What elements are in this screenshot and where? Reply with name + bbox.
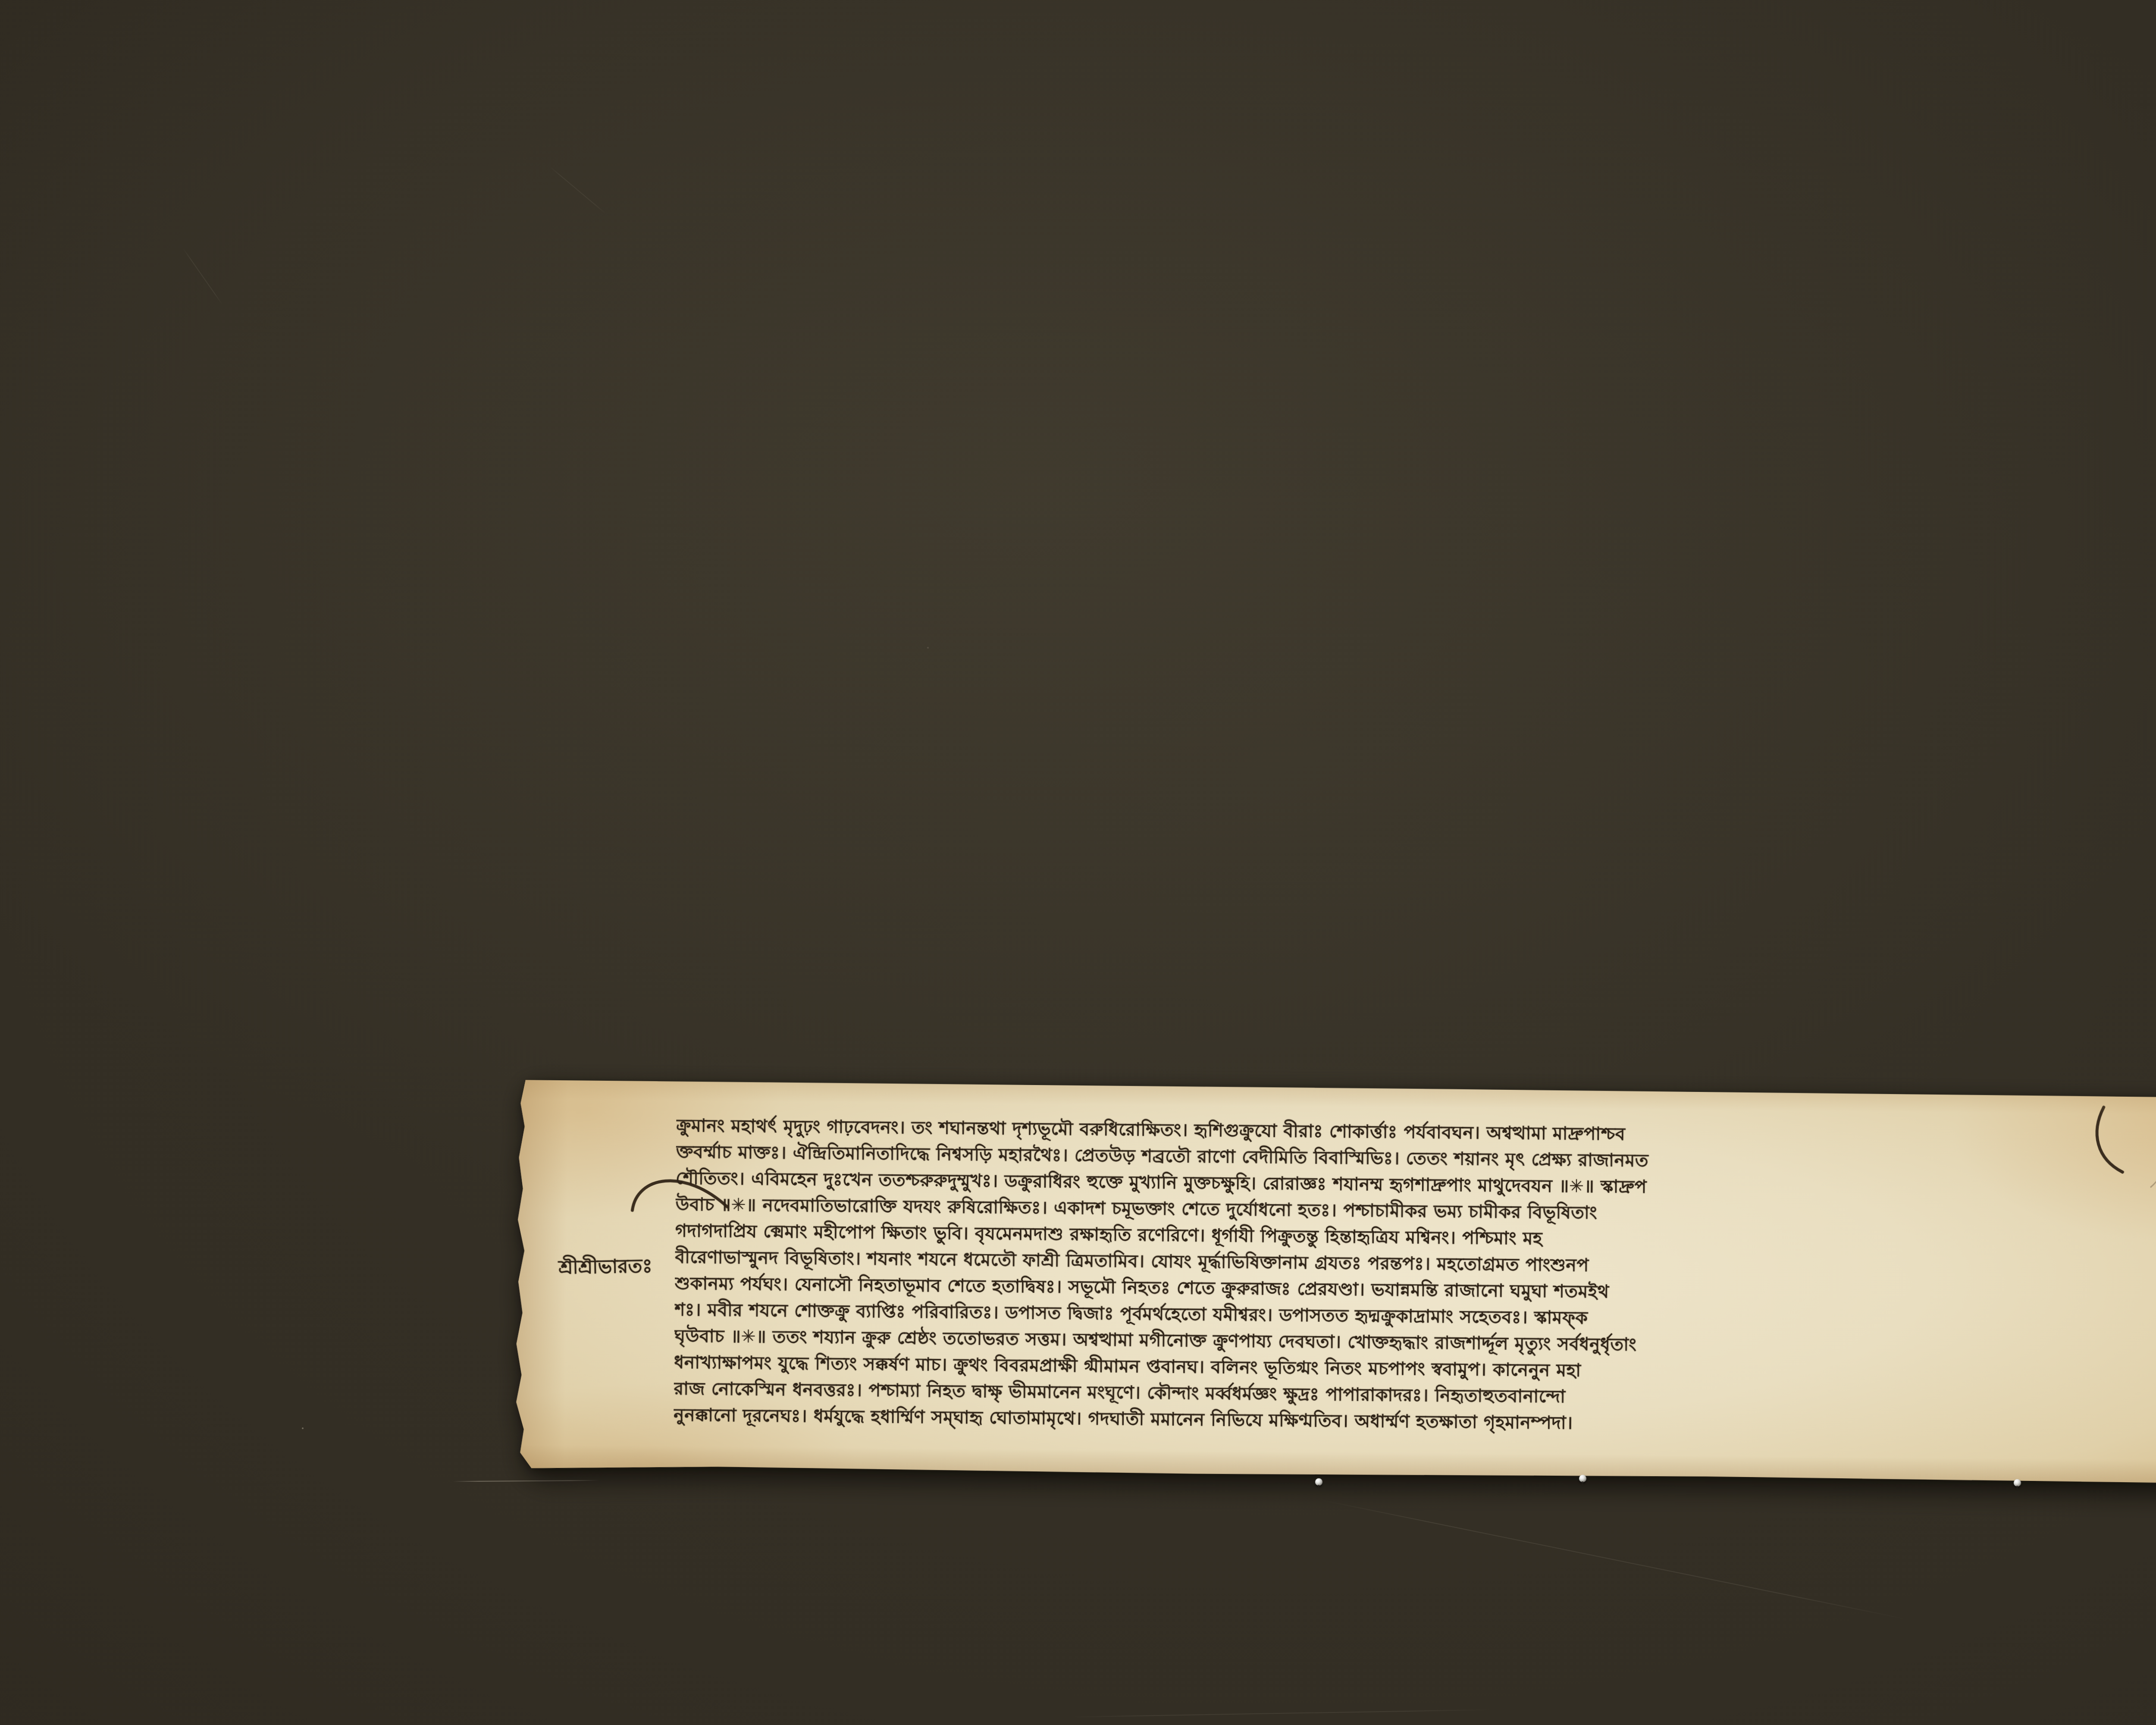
photograph-of-manuscript: শ্রীশ্রীভারতঃ শ্রীশ্রীঃ ক্রুমানং মহাথর্ৎ… [0, 0, 2156, 1725]
mounting-pin [2014, 1479, 2021, 1487]
scratch-mark [1069, 1709, 1492, 1717]
mounting-pin [1315, 1478, 1322, 1486]
dust-speck [302, 1427, 304, 1429]
scratch-mark [182, 248, 222, 305]
scratch-mark [1317, 1499, 1908, 1620]
mounting-pin [1579, 1475, 1586, 1482]
margin-note-left: শ্রীশ্রীভারতঃ [558, 1251, 653, 1285]
dust-speck [927, 647, 929, 649]
paper-surface: শ্রীশ্রীভারতঃ শ্রীশ্রীঃ ক্রুমানং মহাথর্ৎ… [514, 1080, 2156, 1483]
scratch-mark [453, 1480, 599, 1482]
scratch-mark [549, 166, 606, 214]
manuscript-text-block: ক্রুমানং মহাথর্ৎ মৃদুঢ়ং গাঢ়বেদনং। তং শ… [674, 1112, 2156, 1441]
manuscript-leaf: শ্রীশ্রীভারতঃ শ্রীশ্রীঃ ক্রুমানং মহাথর্ৎ… [514, 1080, 2156, 1483]
